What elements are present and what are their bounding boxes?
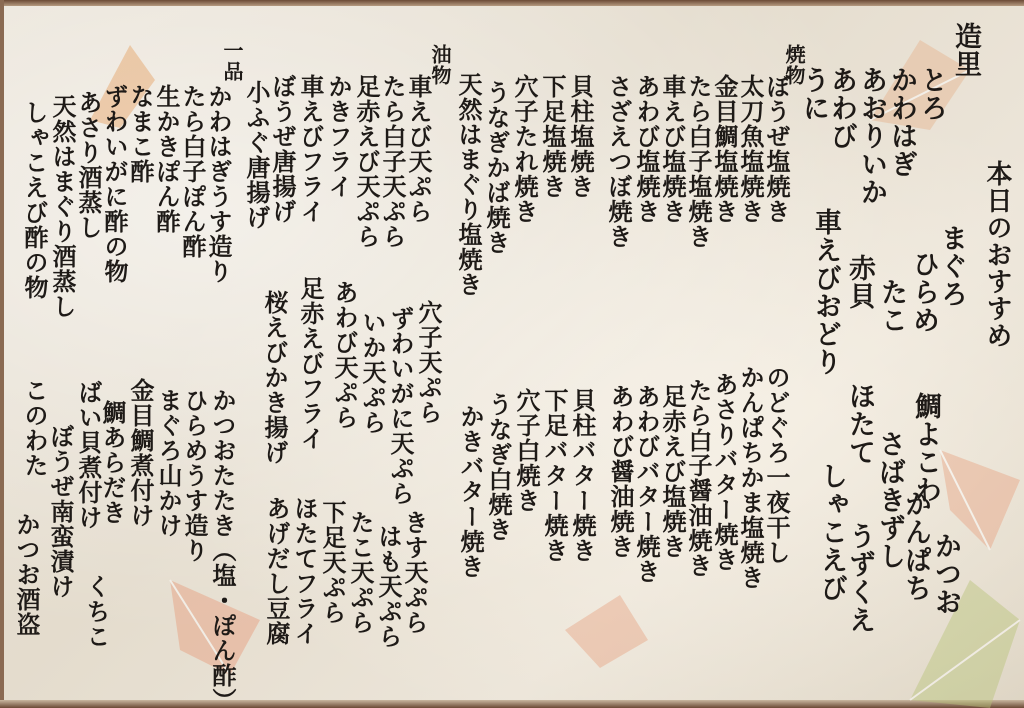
menu-item: 貝柱塩焼き bbox=[568, 74, 592, 199]
menu-item: 足赤えびフライ bbox=[298, 276, 322, 451]
section-heading-agemono: 油物 bbox=[430, 44, 450, 86]
menu-item: さばきずし bbox=[876, 430, 903, 570]
menu-item: のどぐろ一夜干し bbox=[764, 365, 788, 565]
menu-item: 赤貝 bbox=[846, 254, 873, 310]
menu-item: かつおたたき（塩・ぽん酢） bbox=[210, 388, 234, 708]
menu-item: あさり酒蒸し bbox=[76, 90, 100, 240]
menu-item: ほたて bbox=[846, 382, 873, 466]
menu-item: たら白子天ぷら bbox=[380, 74, 404, 249]
menu-item: さざえつぼ焼き bbox=[606, 74, 630, 249]
menu-item: 小ふぐ唐揚げ bbox=[244, 80, 268, 230]
frame-edge-top bbox=[0, 0, 1024, 6]
menu-item: たら白子ぽん酢 bbox=[180, 84, 204, 259]
menu-paper: 本日のおすすめ 造里 とろ まぐろ かわはぎ ひらめ あおりいか たこ あわび … bbox=[0, 0, 1024, 708]
menu-item: 桜えびかき揚げ bbox=[262, 290, 286, 465]
menu-item: あわび塩焼き bbox=[634, 74, 658, 224]
menu-item: あわび醤油焼き bbox=[608, 384, 632, 559]
menu-item: くちこ bbox=[84, 574, 108, 649]
menu-item: 穴子天ぷら bbox=[416, 300, 440, 425]
menu-item: ばい貝煮付け bbox=[76, 380, 100, 530]
menu-item: きす天ぷら bbox=[402, 510, 426, 635]
menu-item: 足赤えび天ぷら bbox=[354, 74, 378, 249]
menu-item: かつお bbox=[932, 532, 959, 616]
menu-item: 鯛あらだき bbox=[100, 400, 124, 525]
section-heading-ippin: 一品 bbox=[222, 40, 242, 82]
frame-edge-left bbox=[0, 0, 4, 708]
menu-item: 天然はまぐり塩焼き bbox=[456, 72, 480, 297]
menu-item: なまこ酢 bbox=[128, 84, 152, 184]
menu-item: このわた bbox=[22, 378, 46, 478]
menu-item: 車えびフライ bbox=[298, 74, 322, 224]
menu-item: 車えびおどり bbox=[812, 208, 839, 376]
menu-item: かんぱちかま塩焼き bbox=[738, 365, 762, 590]
menu-item: ぼうぜ南蛮漬け bbox=[48, 424, 72, 599]
menu-item: 金目鯛塩焼き bbox=[712, 74, 736, 224]
menu-item: たら白子醤油焼き bbox=[686, 378, 710, 578]
menu-item: 下足塩焼き bbox=[540, 74, 564, 199]
menu-item: 金目鯛煮付け bbox=[128, 378, 152, 528]
menu-item: 穴子たれ焼き bbox=[512, 74, 536, 224]
menu-item: うなぎかば焼き bbox=[484, 80, 508, 255]
menu-item: あげだし豆腐 bbox=[264, 496, 288, 646]
menu-item: かきフライ bbox=[326, 74, 350, 199]
menu-title: 本日のおすすめ bbox=[984, 160, 1010, 349]
menu-item: とろ bbox=[918, 66, 945, 122]
menu-item: かきバター焼き bbox=[458, 404, 482, 579]
menu-item: かんぱち bbox=[902, 490, 929, 602]
menu-item: ずわいがに天ぷら bbox=[388, 306, 412, 506]
menu-item: はも天ぷら bbox=[376, 524, 400, 649]
menu-item: 鯛よこわ bbox=[912, 392, 939, 504]
frame-edge-bottom bbox=[0, 700, 1024, 708]
menu-item: うずくえ bbox=[846, 522, 873, 634]
menu-item: ぼうぜ唐揚げ bbox=[270, 74, 294, 224]
menu-item: 穴子白焼き bbox=[514, 388, 538, 513]
menu-item: 下足天ぷら bbox=[320, 500, 344, 625]
menu-item: しゃこえび bbox=[818, 462, 845, 602]
menu-item: あわびバター焼き bbox=[634, 384, 658, 584]
menu-item: まぐろ山かけ bbox=[156, 388, 180, 538]
menu-item: ほたてフライ bbox=[292, 496, 316, 646]
menu-item: たこ天ぷら bbox=[348, 510, 372, 635]
menu-item: 生かきぽん酢 bbox=[154, 84, 178, 234]
section-heading-sashimi: 造里 bbox=[952, 22, 979, 78]
menu-item: かわはぎ bbox=[888, 66, 915, 178]
origami-leaf-icon bbox=[560, 590, 650, 670]
menu-item: 足赤えび塩焼き bbox=[660, 384, 684, 559]
menu-item: 下足バター焼き bbox=[542, 388, 566, 563]
menu-item: あわび天ぷら bbox=[332, 280, 356, 430]
menu-item: ぼうぜ塩焼き bbox=[764, 74, 788, 224]
menu-item: 天然はまぐり酒蒸し bbox=[50, 94, 74, 319]
menu-item: あわび bbox=[828, 66, 855, 150]
menu-item: まぐろ bbox=[938, 224, 965, 308]
menu-item: あさりバター焼き bbox=[712, 372, 736, 572]
menu-item: 太刀魚塩焼き bbox=[738, 74, 762, 224]
menu-item: たこ bbox=[878, 278, 905, 334]
menu-item: 車えび天ぷら bbox=[406, 74, 430, 224]
menu-item: いか天ぷら bbox=[360, 310, 384, 435]
menu-item: ひらめ bbox=[910, 250, 937, 334]
menu-item: しゃこえび酢の物 bbox=[22, 100, 46, 300]
menu-item: たら白子塩焼き bbox=[686, 74, 710, 249]
menu-item: あおりいか bbox=[858, 66, 885, 206]
menu-item: ずわいがに酢の物 bbox=[102, 84, 126, 284]
menu-item: うなぎ白焼き bbox=[486, 392, 510, 542]
menu-item: 貝柱バター焼き bbox=[570, 388, 594, 563]
menu-item: 車えび塩焼き bbox=[660, 74, 684, 224]
menu-item: かわはぎうす造り bbox=[206, 84, 230, 284]
menu-item: かつお酒盗 bbox=[14, 512, 38, 637]
menu-item: ひらめうす造り bbox=[182, 388, 206, 563]
